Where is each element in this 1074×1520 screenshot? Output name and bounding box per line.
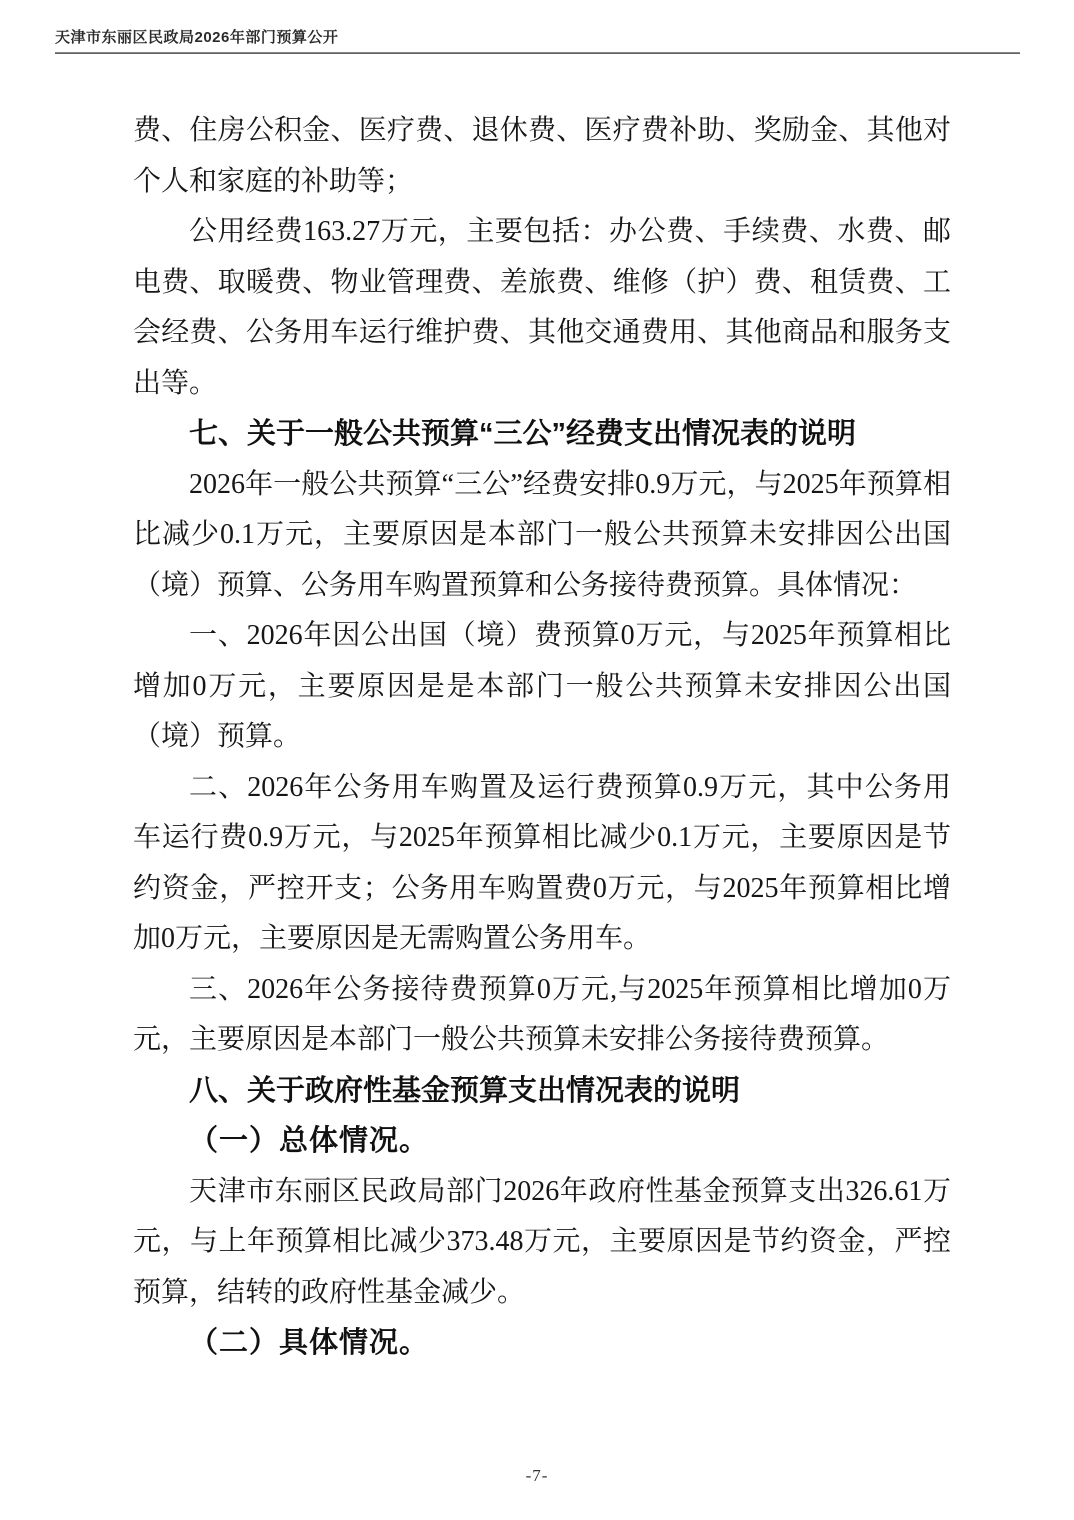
paragraph-official-reception-budget: 三、2026年公务接待费预算0万元,与2025年预算相比增加0万元，主要原因是本… bbox=[133, 965, 951, 1066]
subsection-overall-situation-heading: （一）总体情况。 bbox=[133, 1116, 951, 1167]
paragraph-government-fund-budget: 天津市东丽区民政局部门2026年政府性基金预算支出326.61万元，与上年预算相… bbox=[133, 1167, 951, 1319]
header-divider bbox=[55, 52, 1020, 54]
section-8-heading: 八、关于政府性基金预算支出情况表的说明 bbox=[133, 1066, 951, 1117]
paragraph-official-vehicle-budget: 二、2026年公务用车购置及运行费预算0.9万元，其中公务用车运行费0.9万元，… bbox=[133, 763, 951, 965]
running-header-title: 天津市东丽区民政局2026年部门预算公开 bbox=[55, 28, 1020, 48]
page-number: -7- bbox=[526, 1466, 549, 1485]
paragraph-sangong-overview: 2026年一般公共预算“三公”经费安排0.9万元，与2025年预算相比减少0.1… bbox=[133, 460, 951, 612]
paragraph-personnel-expense-continued: 费、住房公积金、医疗费、退休费、医疗费补助、奖励金、其他对个人和家庭的补助等； bbox=[133, 106, 951, 207]
section-7-heading: 七、关于一般公共预算“三公”经费支出情况表的说明 bbox=[133, 409, 951, 460]
document-body: 费、住房公积金、医疗费、退休费、医疗费补助、奖励金、其他对个人和家庭的补助等； … bbox=[133, 106, 951, 1369]
page-footer: -7- bbox=[0, 1466, 1074, 1486]
page-header: 天津市东丽区民政局2026年部门预算公开 bbox=[55, 28, 1020, 48]
document-page: 天津市东丽区民政局2026年部门预算公开 费、住房公积金、医疗费、退休费、医疗费… bbox=[0, 0, 1074, 1520]
paragraph-overseas-travel-budget: 一、2026年因公出国（境）费预算0万元，与2025年预算相比增加0万元，主要原… bbox=[133, 611, 951, 763]
paragraph-public-operating-expense: 公用经费163.27万元，主要包括：办公费、手续费、水费、邮电费、取暖费、物业管… bbox=[133, 207, 951, 409]
subsection-specific-situation-heading: （二）具体情况。 bbox=[133, 1318, 951, 1369]
